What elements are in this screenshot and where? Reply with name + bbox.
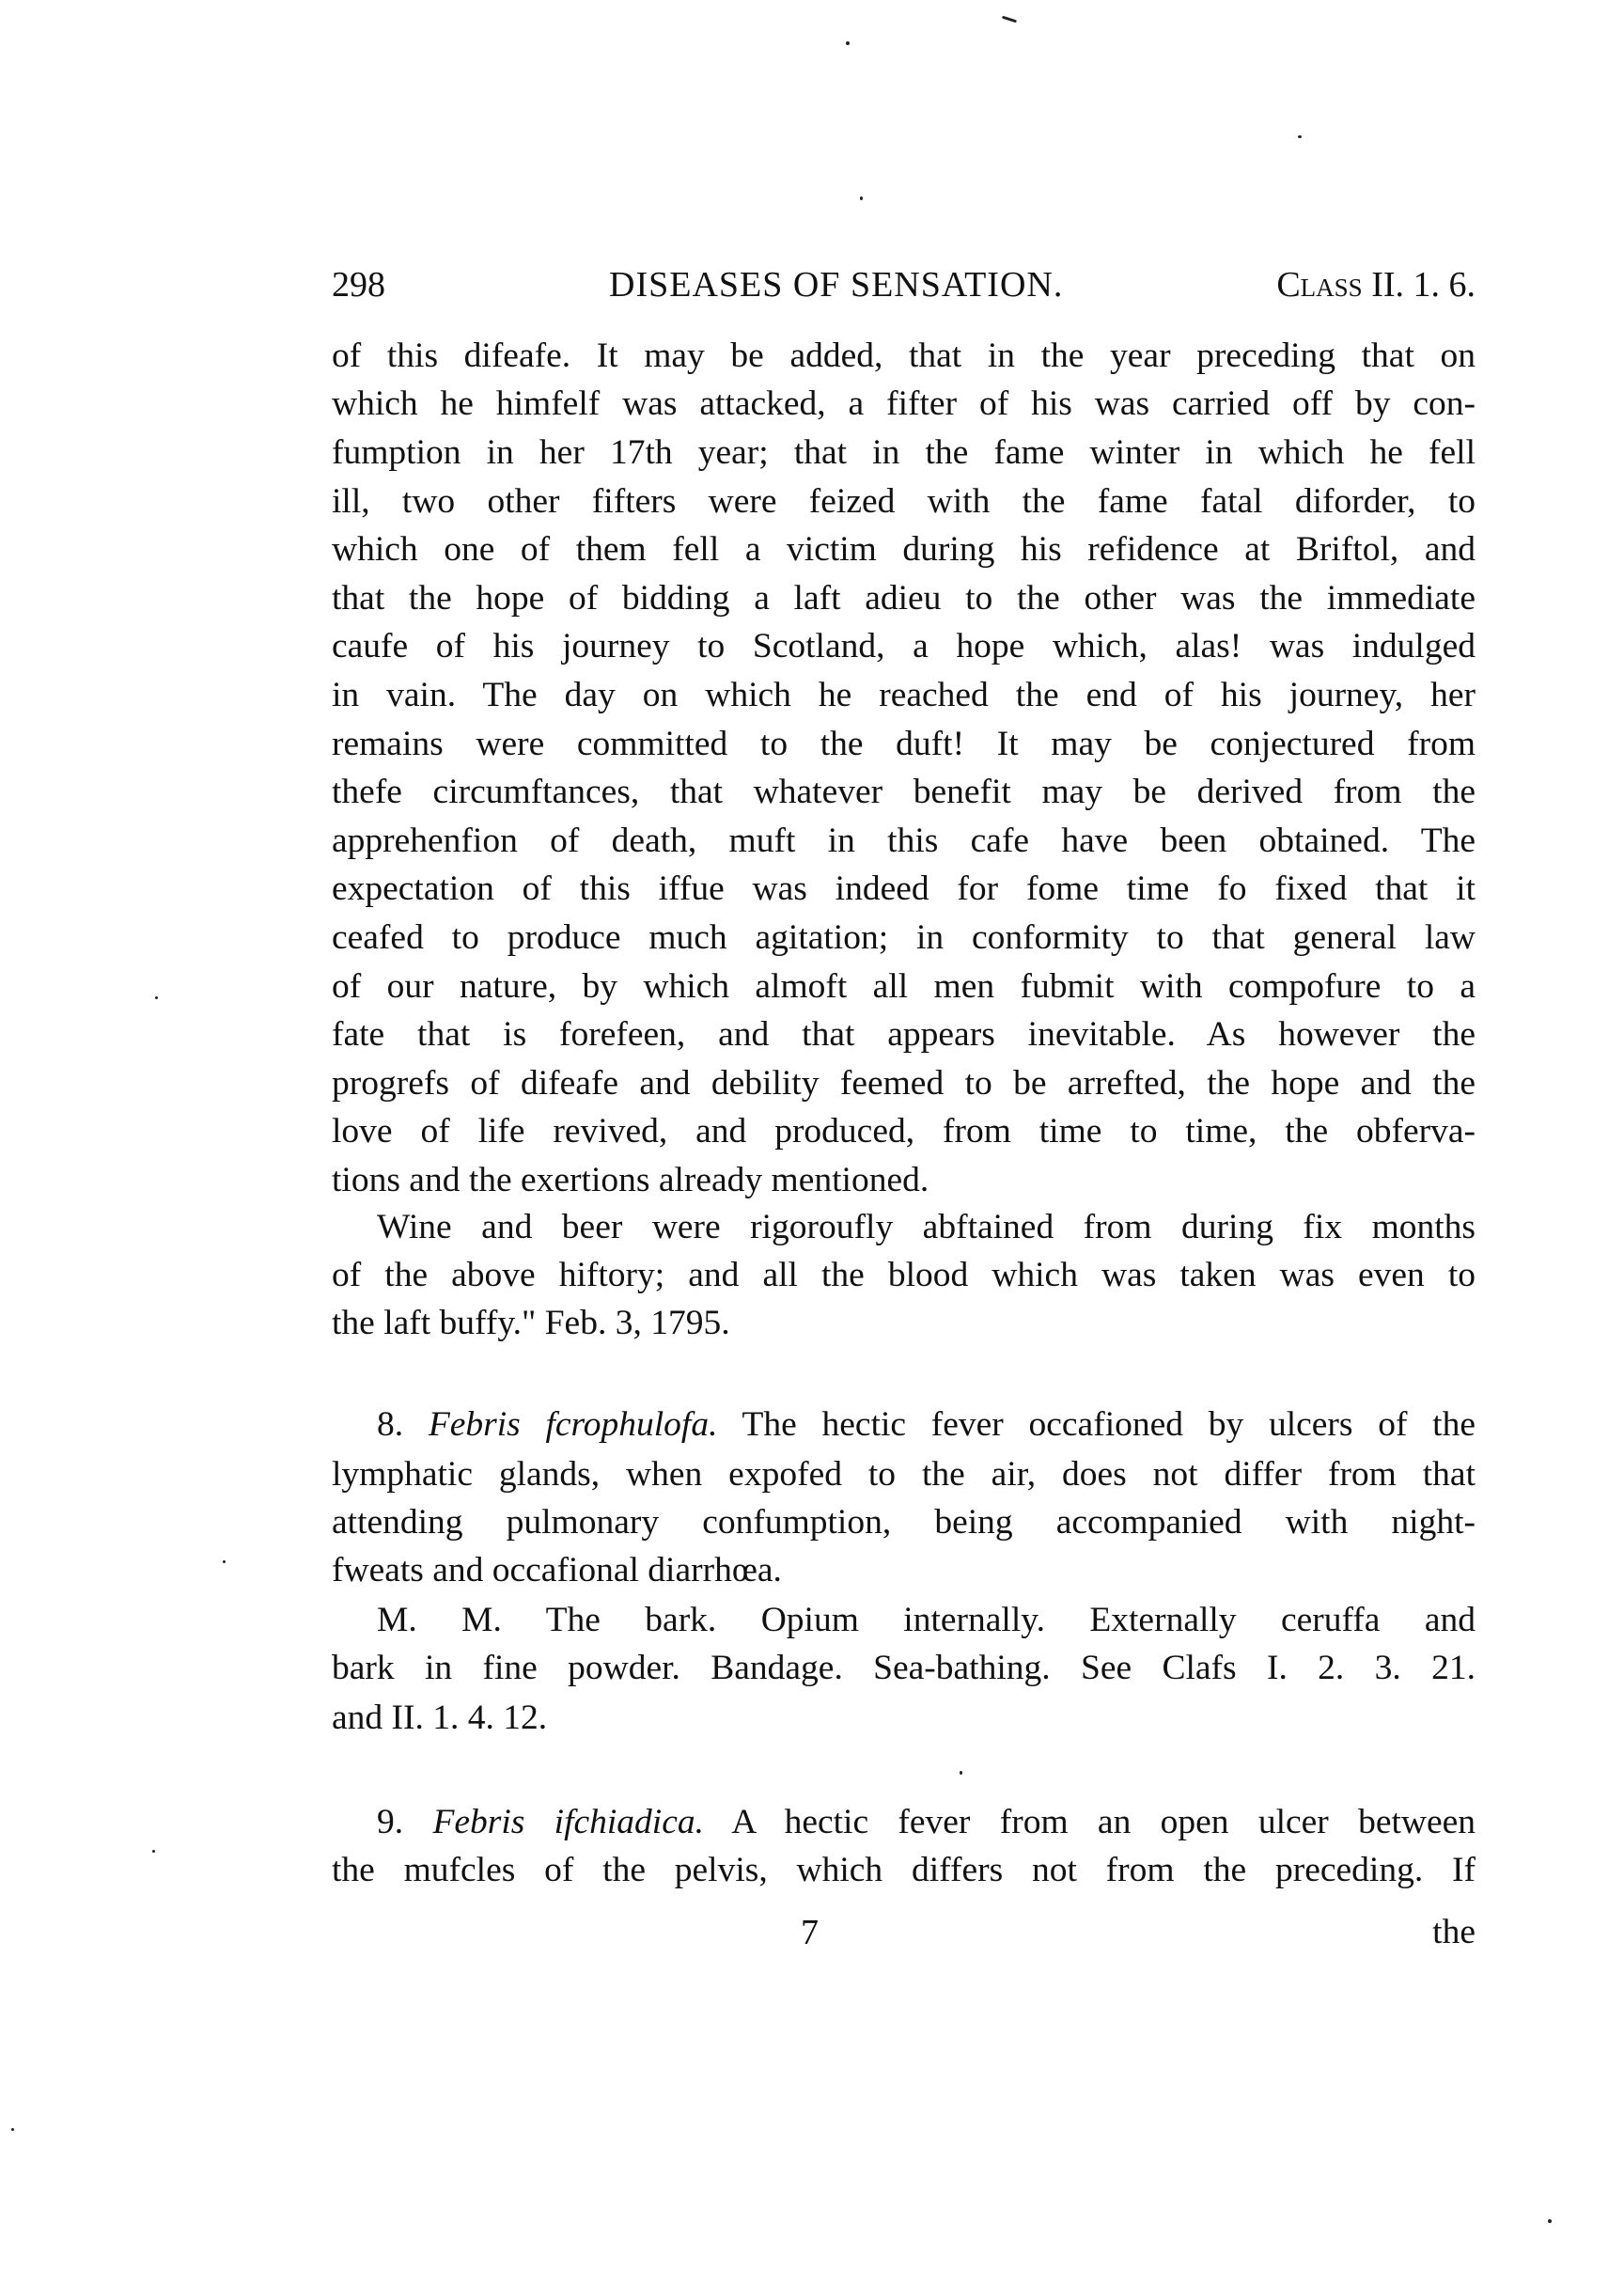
text-line: lymphatic glands, when expofed to the ai…: [332, 1450, 1476, 1499]
scan-speck: [223, 1560, 226, 1563]
text-line: which he himfelf was attacked, a fifter …: [332, 380, 1476, 429]
text-line: expectation of this iffue was indeed for…: [332, 865, 1476, 914]
disease-term: Febris fcrophulofa.: [429, 1405, 718, 1444]
section-number: 8.: [377, 1405, 403, 1444]
text-line: ceafed to produce much agitation; in con…: [332, 914, 1476, 963]
text-line: 9. Febris ifchiadica. A hectic fever fro…: [332, 1798, 1476, 1847]
section-text: The hectic fever occafioned by ulcers of…: [742, 1405, 1476, 1444]
text-line: love of life revived, and produced, from…: [332, 1107, 1476, 1156]
scan-speck: [1548, 2219, 1552, 2223]
page-number: 298: [332, 260, 385, 309]
text-line: caufe of his journey to Scotland, a hope…: [332, 622, 1476, 671]
text-line: in vain. The day on which he reached the…: [332, 671, 1476, 720]
text-line: of the above hiftory; and all the blood …: [332, 1251, 1476, 1300]
text-line: the mufcles of the pelvis, which differs…: [332, 1846, 1476, 1895]
text-line: the laft buffy." Feb. 3, 1795.: [332, 1299, 1476, 1348]
scan-speck: [155, 996, 158, 999]
scan-speck: [960, 1771, 962, 1775]
scan-speck: [11, 2128, 14, 2131]
chapter-title: DISEASES OF SENSATION.: [609, 260, 1063, 309]
text-line: of this difeafe. It may be added, that i…: [332, 332, 1476, 381]
scan-speck: [1298, 135, 1302, 138]
text-line: and II. 1. 4. 12.: [332, 1694, 1476, 1743]
text-line: progrefs of difeafe and debility feemed …: [332, 1059, 1476, 1108]
running-head: 298 DISEASES OF SENSATION. Class II. 1. …: [332, 260, 1476, 309]
class-reference: Class II. 1. 6.: [1276, 260, 1476, 309]
text-line: of our nature, by which almoft all men f…: [332, 963, 1476, 1011]
text-line: that the hope of bidding a laft adieu to…: [332, 574, 1476, 623]
text-line: fate that is forefeen, and that appears …: [332, 1010, 1476, 1059]
class-label: Class: [1276, 265, 1362, 305]
text-line: attending pulmonary confumption, being a…: [332, 1498, 1476, 1547]
text-line: fweats and occafional diarrhœa.: [332, 1546, 1476, 1595]
scan-speck: [1002, 16, 1017, 23]
catchword: the: [1432, 1908, 1476, 1957]
book-page: 298 DISEASES OF SENSATION. Class II. 1. …: [0, 0, 1624, 2286]
text-line: remains were committed to the duft! It m…: [332, 720, 1476, 769]
class-number: II. 1. 6.: [1363, 265, 1476, 305]
text-line: 8. Febris fcrophulofa. The hectic fever …: [332, 1401, 1476, 1449]
text-line: fumption in her 17th year; that in the f…: [332, 429, 1476, 478]
text-line: thefe circumftances, that whatever benef…: [332, 768, 1476, 817]
text-line: tions and the exertions already mentione…: [332, 1156, 1476, 1205]
disease-term: Febris ifchiadica.: [432, 1803, 704, 1841]
scan-speck: [152, 1850, 155, 1853]
text-line: bark in fine powder. Bandage. Sea-bathin…: [332, 1644, 1476, 1693]
scan-speck: [860, 196, 863, 200]
text-line: Wine and beer were rigoroufly abftained …: [332, 1203, 1476, 1252]
text-line: M. M. The bark. Opium internally. Extern…: [332, 1596, 1476, 1645]
text-line: ill, two other fifters were feized with …: [332, 478, 1476, 526]
section-text: A hectic fever from an open ulcer betwee…: [731, 1803, 1476, 1841]
section-number: 9.: [377, 1803, 403, 1841]
text-line: which one of them fell a victim during h…: [332, 525, 1476, 574]
scan-speck: [846, 41, 850, 45]
text-line: apprehenfion of death, muft in this cafe…: [332, 817, 1476, 866]
signature-mark: 7: [801, 1908, 819, 1957]
